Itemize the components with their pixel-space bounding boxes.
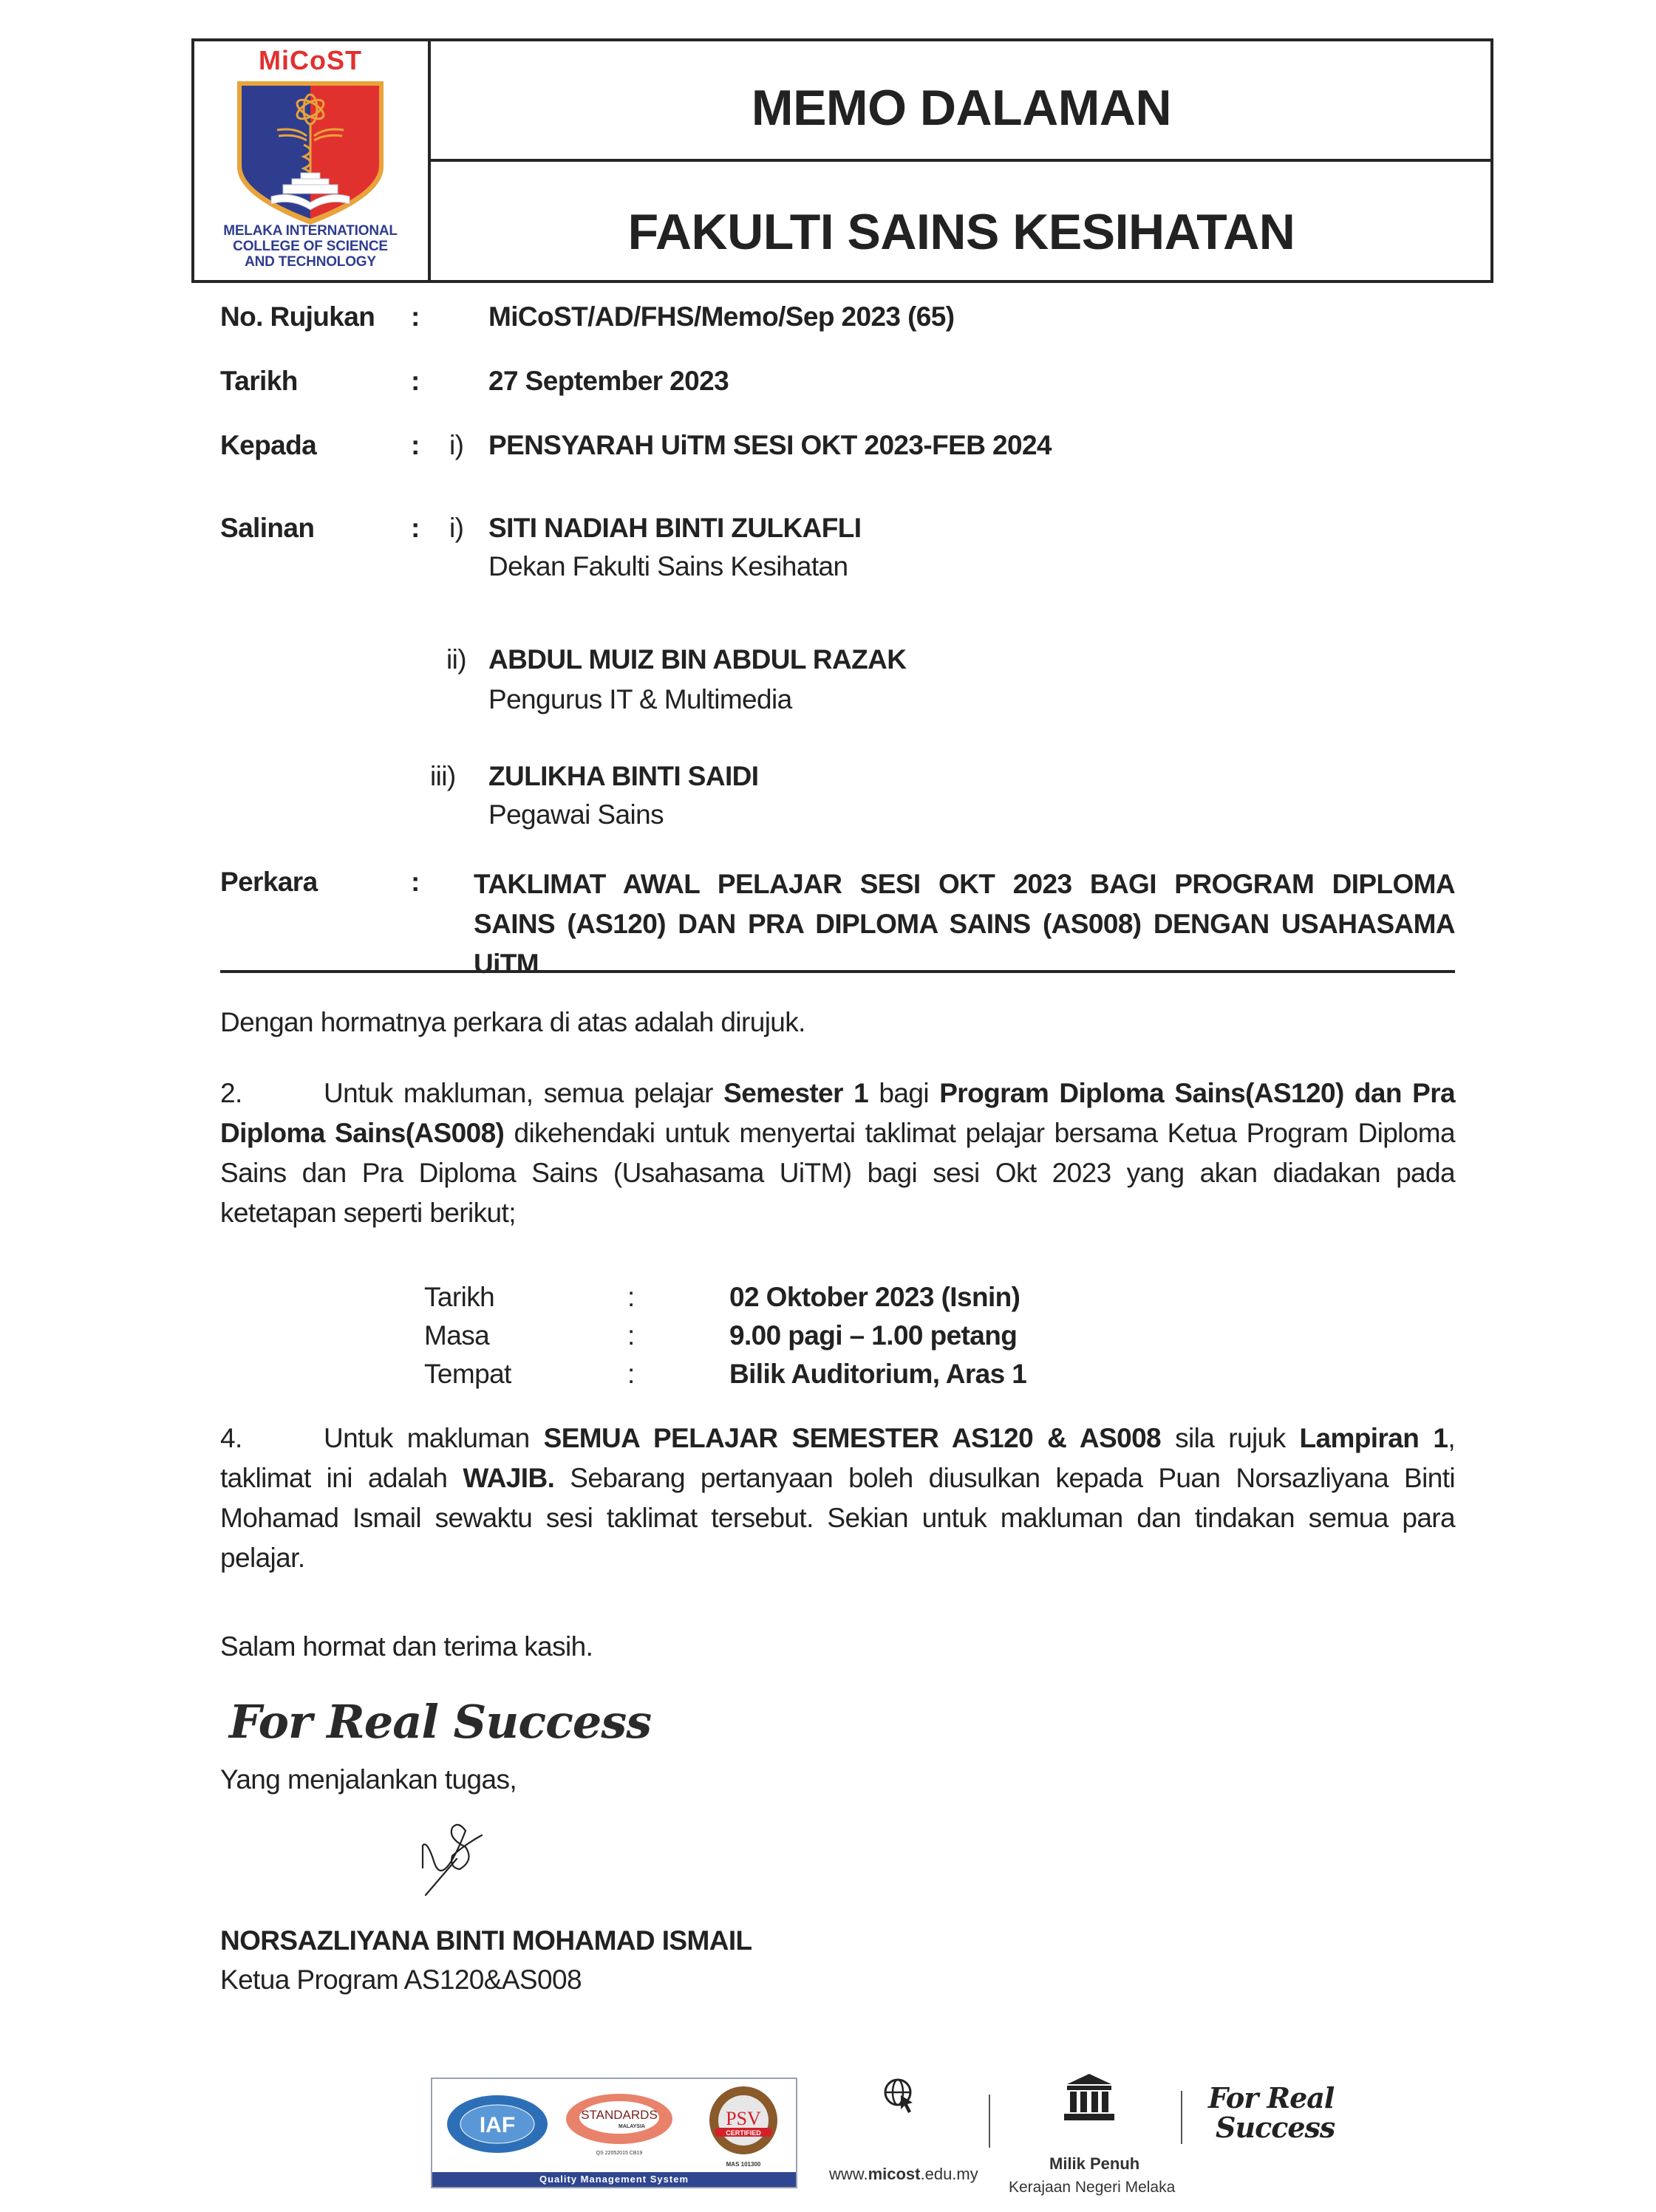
opening-line: Dengan hormatnya perkara di atas adalah … [220,1008,805,1036]
website-link[interactable]: www.micost.edu.my [829,2166,978,2182]
quality-certifications: IAF STANDARDS MALAYSIA QS 22052015 CB19 … [431,2078,797,2188]
psv-iso-badge-icon: PSV CERTIFIED MAS 101300 [700,2083,787,2171]
logo-brand-text: MiCoST [200,47,421,74]
ownership-line2: Kerajaan Negeri Melaka [1009,2179,1175,2195]
kepada-colon: : [411,431,420,459]
footer-tagline: For Real Success [1208,2083,1335,2143]
paragraph-number: 2. [220,1073,324,1113]
svg-text:STANDARDS: STANDARDS [581,2108,658,2122]
perkara-subject: TAKLIMAT AWAL PELAJAR SESI OKT 2023 BAGI… [474,864,1455,984]
salinan-item-role: Pengurus IT & Multimedia [488,686,792,713]
sign-off-line: Yang menjalankan tugas, [220,1766,517,1793]
tagline-line: Success [1208,2113,1335,2143]
paragraph-2-body: Untuk makluman, semua pelajar Semester 1… [220,1078,1455,1228]
website-domain: micost [868,2165,921,2183]
svg-text:MALAYSIA: MALAYSIA [619,2124,645,2129]
salinan-item-name: ZULIKHA BINTI SAIDI [488,762,758,790]
salinan-item-number: i) [449,514,463,542]
tarikh-colon: : [411,367,420,395]
salinan-label: Salinan [220,514,314,542]
standards-malaysia-badge-icon: STANDARDS MALAYSIA QS 22052015 CB19 [564,2091,675,2157]
logo-caption-line: COLLEGE OF SCIENCE [200,239,421,254]
closing-line: Salam hormat dan terima kasih. [220,1633,593,1660]
emphasis-text: Lampiran 1 [1300,1423,1448,1453]
body-text: Untuk makluman [324,1423,544,1453]
schedule-label: Tempat [424,1360,511,1387]
subject-divider [220,970,1455,973]
footer-divider [989,2095,990,2148]
paragraph-4-body: Untuk makluman SEMUA PELAJAR SEMESTER AS… [220,1423,1455,1573]
schedule-label: Masa [424,1322,489,1349]
paragraph-2: 2.Untuk makluman, semua pelajar Semester… [220,1073,1455,1233]
faculty-title: FAKULTI SAINS KESIHATAN [431,207,1492,257]
body-text: bagi [868,1078,939,1108]
globe-cursor-icon [883,2078,916,2116]
perkara-colon: : [411,868,420,895]
logo-caption-line: MELAKA INTERNATIONAL [200,223,421,239]
schedule-label: Tarikh [424,1283,494,1311]
logo-caption-line: AND TECHNOLOGY [200,254,421,270]
rujukan-value: MiCoST/AD/FHS/Memo/Sep 2023 (65) [488,303,955,330]
salinan-item-number: iii) [430,762,456,790]
emphasis-text: Semester 1 [723,1078,868,1108]
tarikh-value: 27 September 2023 [488,367,729,395]
micost-logo: MiCoST MELAKA INTERNATIONAL COLLEGE OF S… [200,44,421,278]
salinan-colon: : [411,514,420,542]
tagline-line: For Real [1208,2083,1335,2113]
salinan-item-name: ABDUL MUIZ BIN ABDUL RAZAK [488,646,906,673]
schedule-time-value: 9.00 pagi – 1.00 petang [729,1322,1017,1349]
website-prefix: www. [829,2165,868,2183]
body-text: Untuk makluman, semua pelajar [324,1078,723,1108]
svg-text:IAF: IAF [480,2113,515,2137]
schedule-date-value: 02 Oktober 2023 (Isnin) [729,1283,1020,1311]
perkara-label: Perkara [220,868,318,895]
schedule-colon: : [627,1322,635,1349]
website-suffix: .edu.my [920,2165,978,2183]
salinan-item-role: Pegawai Sains [488,801,664,828]
kepada-label: Kepada [220,431,316,459]
schedule-colon: : [627,1283,635,1311]
header-divider-horizontal [428,159,1493,162]
salinan-item-number: ii) [446,646,466,673]
paragraph-4: 4.Untuk makluman SEMUA PELAJAR SEMESTER … [220,1419,1455,1578]
svg-text:QS 22052015 CB19: QS 22052015 CB19 [596,2151,643,2156]
svg-text:CERTIFIED: CERTIFIED [726,2129,761,2137]
signatory-title: Ketua Program AS120&AS008 [220,1966,582,1993]
memo-title: MEMO DALAMAN [431,83,1492,133]
svg-text:MAS 101300: MAS 101300 [726,2161,761,2168]
kepada-item-number: i) [449,431,463,459]
iaf-badge-icon: IAF [446,2094,549,2154]
emphasis-text: WAJIB. [463,1463,554,1493]
rujukan-label: No. Rujukan [220,303,375,330]
signatory-name: NORSAZLIYANA BINTI MOHAMAD ISMAIL [220,1927,752,1954]
svg-text:PSV: PSV [726,2108,761,2129]
logo-caption: MELAKA INTERNATIONAL COLLEGE OF SCIENCE … [200,223,421,270]
tarikh-label: Tarikh [220,367,298,395]
kepada-item-name: PENSYARAH UiTM SESI OKT 2023-FEB 2024 [488,431,1052,459]
signature-icon [414,1817,495,1899]
schedule-venue-value: Bilik Auditorium, Aras 1 [729,1360,1026,1387]
footer-divider [1181,2091,1182,2144]
qms-bar: Quality Management System [432,2172,796,2187]
paragraph-number: 4. [220,1419,324,1458]
salinan-item-name: SITI NADIAH BINTI ZULKAFLI [488,514,861,542]
body-text: sila rujuk [1161,1423,1299,1453]
emphasis-text: SEMUA PELAJAR SEMESTER AS120 & AS008 [544,1423,1161,1453]
motto-script: For Real Success [229,1699,651,1745]
salinan-item-role: Dekan Fakulti Sains Kesihatan [488,553,848,580]
shield-icon [233,78,388,226]
government-building-icon [1063,2072,1116,2121]
ownership-line1: Milik Penuh [1049,2156,1139,2172]
rujukan-colon: : [411,303,420,330]
schedule-colon: : [627,1360,635,1387]
